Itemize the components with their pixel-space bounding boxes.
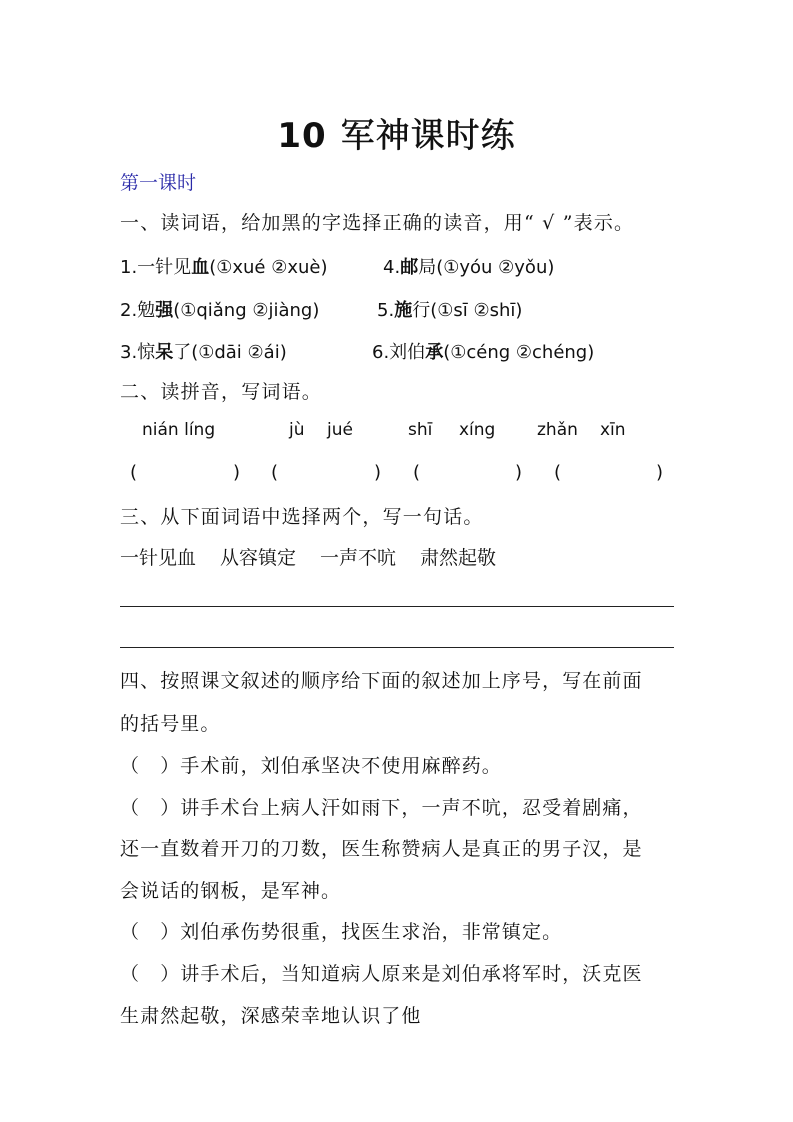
lesson-number: 10 [277, 116, 326, 156]
pinyin-1: nián líng [142, 420, 215, 440]
answer-blank-1-close: ) [233, 462, 240, 483]
lesson-name: 军神课时练 [341, 116, 516, 156]
reading-options: (①yóu ②yǒu) [436, 257, 554, 278]
page-title: 10军神课时练 [0, 108, 793, 157]
answer-blank-3-close: ) [515, 462, 522, 483]
reading-options: (①dāi ②ái) [191, 342, 287, 363]
answer-blank-4-open: ( [554, 462, 561, 483]
word-1: 一针见血 [120, 547, 196, 569]
section1-item-4: 4.邮局(①yóu ②yǒu) [383, 253, 554, 279]
pinyin-3a: shī [408, 420, 432, 440]
writing-line-1 [120, 606, 674, 607]
writing-line-2 [120, 647, 674, 648]
reading-options: (①sī ②shī) [430, 300, 522, 321]
section1-item-5: 5.施行(①sī ②shī) [377, 296, 522, 322]
section3-heading: 三、从下面词语中选择两个，写一句话。 [120, 502, 484, 529]
bold-char: 呆 [155, 342, 173, 363]
section1-item-3: 3.惊呆了(①dāi ②ái) [120, 338, 287, 364]
bold-char: 血 [191, 257, 209, 278]
answer-blank-1-open: ( [130, 462, 137, 483]
pinyin-4b: xīn [600, 420, 626, 440]
reading-options: (①qiǎng ②jiàng) [173, 300, 319, 321]
section1-heading: 一、读词语，给加黑的字选择正确的读音，用“ √ ”表示。 [120, 208, 634, 235]
answer-blank-3-open: ( [413, 462, 420, 483]
sequence-item-3: （ ）刘伯承伤势很重，找医生求治，非常镇定。 [120, 917, 562, 944]
word-4: 肃然起敬 [420, 547, 496, 569]
sequence-item-2-line2: 还一直数着开刀的刀数，医生称赞病人是真正的男子汉，是 [120, 834, 643, 861]
section1-item-1: 1.一针见血(①xué ②xuè) [120, 253, 328, 279]
bold-char: 施 [394, 300, 412, 321]
word-2: 从容镇定 [220, 547, 296, 569]
reading-options: (①xué ②xuè) [209, 257, 327, 278]
pinyin-2a: jù [289, 420, 305, 440]
lesson-period-heading: 第一课时 [120, 168, 196, 195]
word-3: 一声不吭 [320, 547, 396, 569]
sequence-item-4-line2: 生肃然起敬，深感荣幸地认识了他 [120, 1001, 422, 1028]
pinyin-3b: xíng [459, 420, 495, 440]
reading-options: (①céng ②chéng) [443, 342, 594, 363]
answer-blank-2-open: ( [271, 462, 278, 483]
bold-char: 强 [155, 300, 173, 321]
bold-char: 邮 [400, 257, 418, 278]
section1-item-6: 6.刘伯承(①céng ②chéng) [372, 338, 594, 364]
sequence-item-2-line3: 会说话的钢板，是军神。 [120, 876, 341, 903]
section1-item-2: 2.勉强(①qiǎng ②jiàng) [120, 296, 319, 322]
sequence-item-2-line1: （ ）讲手术台上病人汗如雨下，一声不吭，忍受着剧痛， [120, 793, 643, 820]
bold-char: 承 [425, 342, 443, 363]
sequence-item-1: （ ）手术前，刘伯承坚决不使用麻醉药。 [120, 751, 502, 778]
answer-blank-4-close: ) [656, 462, 663, 483]
section4-heading-line1: 四、按照课文叙述的顺序给下面的叙述加上序号，写在前面 [120, 666, 643, 693]
sequence-item-4-line1: （ ）讲手术后，当知道病人原来是刘伯承将军时，沃克医 [120, 959, 643, 986]
answer-blank-2-close: ) [374, 462, 381, 483]
word-list: 一针见血从容镇定一声不吭肃然起敬 [120, 543, 520, 570]
section4-heading-line2: 的括号里。 [120, 709, 221, 736]
pinyin-2b: jué [327, 420, 353, 440]
section2-heading: 二、读拼音，写词语。 [120, 377, 322, 404]
pinyin-4a: zhǎn [537, 420, 578, 440]
